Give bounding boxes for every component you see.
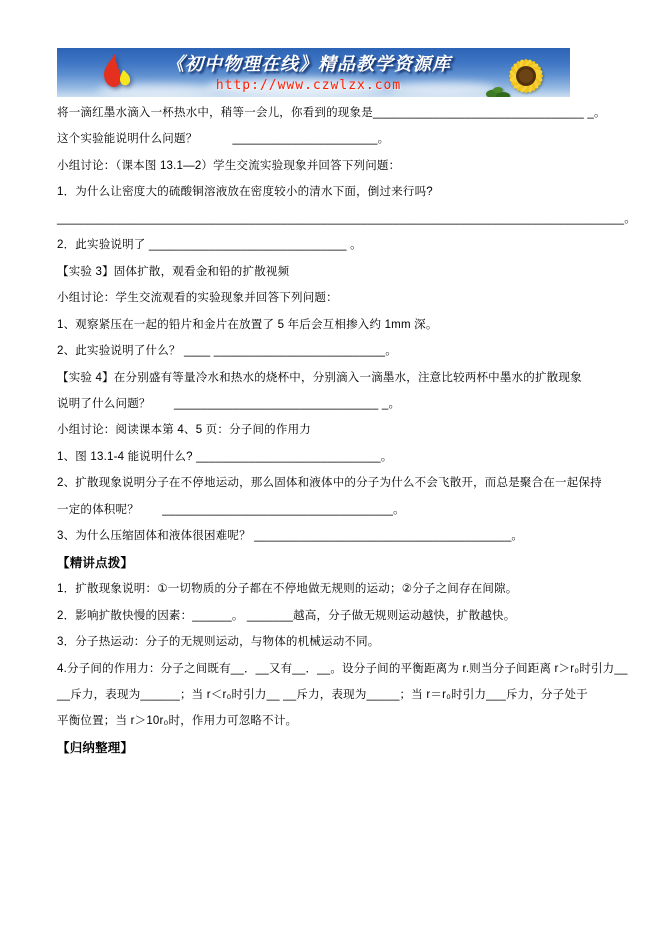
line-molecular-force-3: 平衡位置；当 r＞10r₀时，作用力可忽略不计。 — [57, 708, 597, 734]
banner-url-link[interactable]: http://www.czwlzx.com — [216, 78, 401, 93]
section-heading-key-points: 【精讲点拨】 — [57, 550, 597, 576]
banner-title: 《初中物理在线》精品教学资源库 — [117, 50, 500, 76]
heading-experiment-3: 【实验 3】固体扩散，观看金和铅的扩散视频 — [57, 259, 597, 285]
heading-experiment-4: 【实验 4】在分别盛有等量冷水和热水的烧杯中，分别滴入一滴墨水，注意比较两杯中墨… — [57, 365, 597, 391]
section-heading-summary: 【归纳整理】 — [57, 735, 597, 761]
line-diffusion-factors: 2．影响扩散快慢的因素：______。 _______越高，分子做无规则运动越快… — [57, 603, 597, 629]
line-q1-copper-sulfate: 1．为什么让密度大的硫酸铜溶液放在密度较小的清水下面，倒过来行吗? — [57, 179, 597, 205]
line-fig-13-1-4-question: 1、图 13.1-4 能说明什么? ______________________… — [57, 444, 597, 470]
line-q2-molecules-not-fly-apart: 2、扩散现象说明分子在不停地运动，那么固体和液体中的分子为什么不会飞散开，而总是… — [57, 470, 597, 496]
line-q2-continued: 一定的体积呢？ ________________________________… — [57, 497, 597, 523]
line-molecular-thermal-motion: 3．分子热运动：分子的无规则运动，与物体的机械运动不同。 — [57, 629, 597, 655]
line-experiment3-conclusion: 2、此实验说明了什么？ ____ _______________________… — [57, 338, 597, 364]
line-molecular-force-2: __斥力，表现为______；当 r＜r₀时引力__ __斥力，表现为_____… — [57, 682, 597, 708]
sunflower-icon — [482, 51, 558, 97]
line-blank-answer: ________________________________________… — [57, 206, 597, 232]
line-experiment-question: 这个实验能说明什么问题？ ______________________。 — [57, 126, 597, 152]
line-q3-compress-difficulty: 3、为什么压缩固体和液体很困难呢？ ______________________… — [57, 523, 597, 549]
line-lead-gold-observation: 1、观察紧压在一起的铅片和金片在放置了 5 年后会互相掺入约 1mm 深。 — [57, 312, 597, 338]
worksheet-body: 将一滴红墨水滴入一杯热水中，稍等一会儿，你看到的现象是_____________… — [57, 100, 597, 761]
line-red-ink-experiment: 将一滴红墨水滴入一杯热水中，稍等一会儿，你看到的现象是_____________… — [57, 100, 597, 126]
line-experiment4-question: 说明了什么问题？ _______________________________… — [57, 391, 597, 417]
line-q2-conclusion: 2．此实验说明了 ______________________________ … — [57, 232, 597, 258]
line-group-discussion-2: 小组讨论：学生交流观看的实验现象并回答下列问题： — [57, 285, 597, 311]
line-group-discussion-3: 小组讨论：阅读课本第 4、5 页：分子间的作用力 — [57, 417, 597, 443]
line-molecular-force-1: 4.分子间的作用力：分子之间既有__．__又有__．__。设分子间的平衡距离为 … — [57, 656, 597, 682]
line-diffusion-explanation: 1．扩散现象说明：①一切物质的分子都在不停地做无规则的运动；②分子之间存在间隙。 — [57, 576, 597, 602]
line-group-discussion-1: 小组讨论：（课本图 13.1—2）学生交流实验现象并回答下列问题： — [57, 153, 597, 179]
site-banner: 《初中物理在线》精品教学资源库 http://www.czwlzx.com — [57, 48, 570, 97]
